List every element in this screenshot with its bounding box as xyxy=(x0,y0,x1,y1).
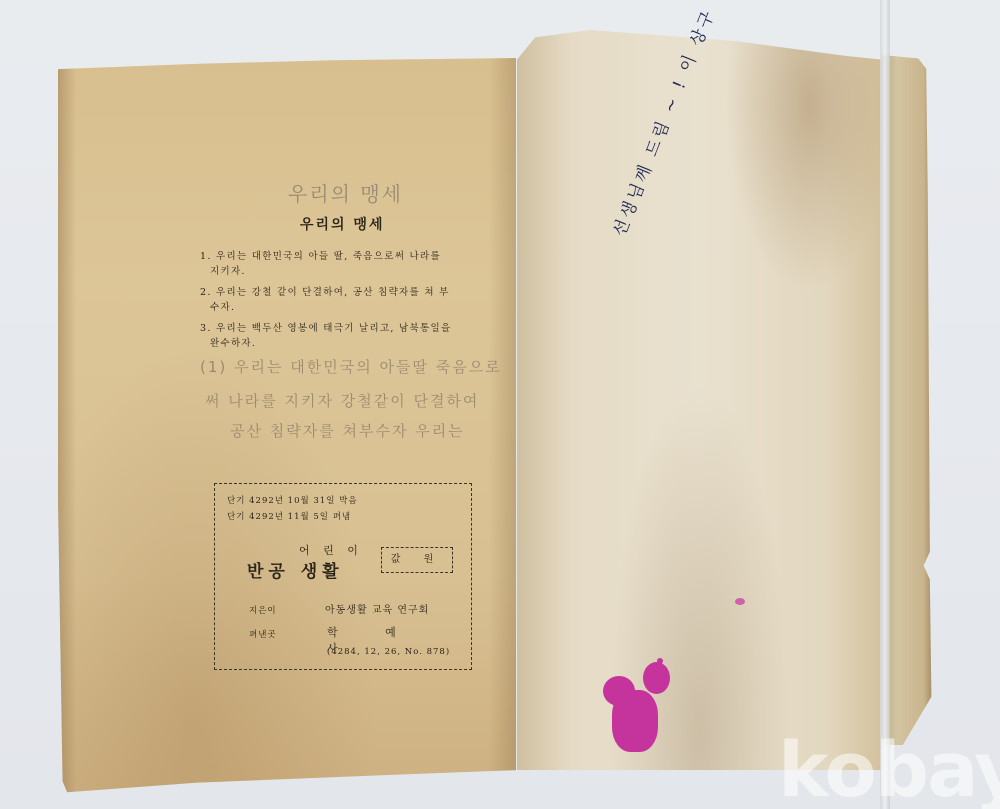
colophon-box: 단기 4292년 10월 31일 박음 단기 4292년 11월 5일 펴냄 어… xyxy=(214,483,472,670)
pledge-title: 우리의 맹세 xyxy=(300,214,385,234)
pledge-line: 수자. xyxy=(210,302,510,314)
pencil-note: (1) 우리는 대한민국의 아들딸 죽음으로 xyxy=(200,356,502,377)
right-page xyxy=(517,30,882,770)
book-title: 반공 생활 xyxy=(247,557,344,582)
publisher-label: 펴낸곳 xyxy=(249,628,277,640)
publish-date: 단기 4292년 11월 5일 펴냄 xyxy=(227,510,351,522)
pledge-line: 1. 우리는 대한민국의 아들 딸, 죽음으로써 나라를 xyxy=(200,251,500,263)
pledge-line: 2. 우리는 강철 같이 단결하여, 공산 침략자를 쳐 부 xyxy=(200,287,500,299)
watermark: kobay xyxy=(778,725,1000,809)
registration: (4284, 12, 26, No. 878) xyxy=(327,647,450,657)
author-label: 지은이 xyxy=(249,604,277,616)
author: 아동생활 교육 연구회 xyxy=(325,601,429,616)
price-box: 값 원 xyxy=(381,547,453,573)
pencil-note: 써 나라를 지키자 강철같이 단결하여 xyxy=(205,390,479,411)
acrylic-edge xyxy=(880,0,890,809)
print-date: 단기 4292년 10월 31일 박음 xyxy=(227,494,358,506)
pencil-note: 공산 침략자를 쳐부수자 우리는 xyxy=(230,420,465,441)
pencil-heading: 우리의 맹세 xyxy=(288,178,403,207)
pledge-line: 3. 우리는 백두산 영봉에 태극기 날리고, 남북통일을 xyxy=(200,323,500,335)
pledge-line: 완수하자. xyxy=(210,338,510,350)
pledge-line: 지키자. xyxy=(210,266,510,278)
book-subtitle: 어 린 이 xyxy=(299,542,363,558)
